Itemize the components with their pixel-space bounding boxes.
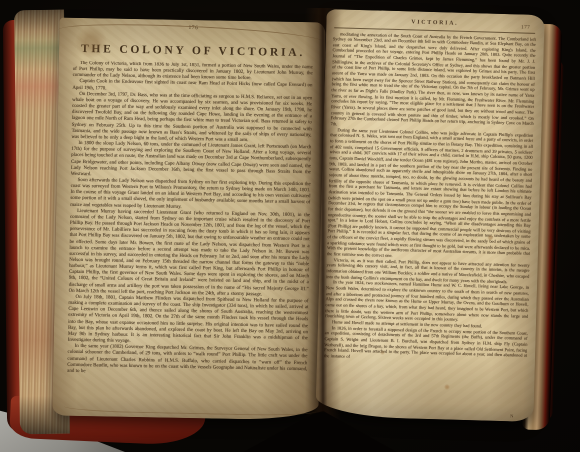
paragraph: meditating the annexation of the South C…	[330, 31, 536, 133]
book-page-right: VICTORIA. 177 meditating the annexation …	[315, 9, 544, 422]
paragraph: In 1800 the sloop Lady Nelson, 60 tons, …	[71, 141, 312, 182]
paragraph: Soon afterwards the Lady Nelson was disp…	[70, 178, 311, 213]
signature-mark: N	[510, 413, 513, 418]
book-page-left: 176 THE COLONY OF VICTORIA. The Colony o…	[52, 18, 325, 421]
book-gutter-shadow	[305, 8, 341, 426]
page-number-right: 177	[521, 24, 530, 30]
paragraph: In the year 1824, two stockowners, named…	[325, 280, 529, 325]
paragraph: During the same year Lieutenant Colonel …	[327, 127, 534, 263]
book-photograph: 176 THE COLONY OF VICTORIA. The Colony o…	[0, 0, 580, 452]
paragraph: On December 3rd, 1797, Dr. Bass, who was…	[71, 92, 312, 146]
paragraph: In 1826, in order to forestall a suppose…	[324, 325, 528, 365]
page-text-left: The Colony of Victoria, which from 1836 …	[67, 61, 313, 397]
page-text-right: meditating the annexation of the South C…	[323, 31, 536, 409]
paragraph: Lieutenant Murray having succeeded Lieut…	[69, 209, 311, 300]
paragraph: On July 18th, 1801, Captain Matthew Flin…	[68, 295, 309, 349]
paragraph: In the same year (1802) Governor King de…	[67, 344, 308, 379]
